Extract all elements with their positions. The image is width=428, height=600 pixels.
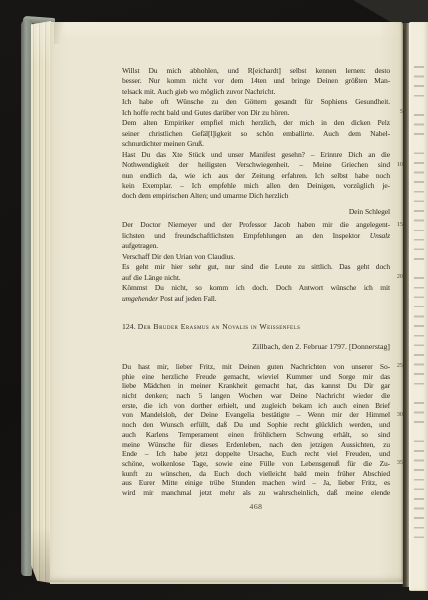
book-page: Willst Du mich abhohlen, und R[eichardt]… — [50, 22, 403, 584]
text-line: liebe Mädchen in meiner Krankheit gemach… — [122, 381, 390, 391]
text-line: von Mandelsloh, der Deine Evangelia best… — [122, 410, 390, 420]
text-line-content: meine Wünsche für dieses Erdenleben, nac… — [122, 440, 390, 449]
text-line: nicht denken; nach 5 langen Wochen war D… — [122, 391, 390, 401]
facing-page-showthrough-text — [414, 66, 424, 540]
text-line-content: Dein Schlegel — [349, 207, 390, 216]
text-line: schnurdichter meinen Gruß. — [122, 139, 390, 149]
text-line-content: Ende – Ich habe jetzt doppelte Ursache, … — [122, 449, 390, 458]
text-line-content: lichsten und freundschaftlichsten Empfeh… — [122, 231, 390, 240]
text-line: Ich hoffe recht bald und Gutes darüber v… — [122, 108, 390, 118]
text-line: Kömmst Du nicht, so komm ich doch. Doch … — [122, 283, 390, 293]
text-line-content: Dem alten Empiriker empfiel mich herzlic… — [122, 118, 390, 127]
text-line: Hast Du das Xte Stück und unser Manifest… — [122, 150, 390, 160]
text-line-content: seiner christlichen Gefäl[l]igkeit so sc… — [122, 129, 390, 138]
text-line-content: umgehender Post auf jeden Fall. — [122, 294, 217, 303]
text-line: aufgetragen. — [122, 241, 390, 251]
text-line-content: noch den Wunsch erfüllt, daß Du und Soph… — [122, 420, 390, 429]
page-fore-edge-stack — [31, 21, 51, 583]
text-line-content: Nothwendigkeit der heiligsten Verschwieg… — [122, 160, 390, 169]
text-line: Der Doctor Niemeyer und der Professor Ja… — [122, 220, 390, 230]
text-line: meine Wünsche für dieses Erdenleben, nac… — [122, 440, 390, 450]
text-line: Du hast mir, lieber Fritz, mit Deinen gu… — [122, 362, 390, 372]
page-number: 468 — [122, 502, 390, 511]
book-cover-edge — [21, 20, 32, 576]
text-line: Ich habe oft Wünsche zu den Göttern gesa… — [122, 97, 390, 107]
text-line: auch Karlens Temperament einen fröhliche… — [122, 430, 390, 440]
text-line-content: Es geht mir hier sehr gut, nur sind die … — [122, 262, 390, 271]
facing-page-edge — [409, 22, 428, 591]
text-line: Dem alten Empiriker empfiel mich herzlic… — [122, 118, 390, 128]
text-line: lichsten und freundschaftlichsten Empfeh… — [122, 231, 390, 241]
text-line-content: aufgetragen. — [122, 241, 158, 250]
text-line-content: Willst Du mich abhohlen, und R[eichardt]… — [122, 66, 390, 75]
text-line-content: Verschaff Dir den Urian von Claudius. — [122, 252, 235, 261]
text-line: wird mir manchmal jetzt mehr als zu wahr… — [122, 488, 390, 498]
text-line: phie eine herzliche Freude gemacht, wiev… — [122, 372, 390, 382]
text-line: Verschaff Dir den Urian von Claudius. — [122, 252, 390, 262]
text-line: umgehender Post auf jeden Fall. — [122, 294, 390, 304]
text-line: auf die Länge nicht.20 — [122, 273, 390, 283]
text-line-content: erste, die ich von dorther erhielt, und … — [122, 401, 390, 410]
book-photo: Willst Du mich abhohlen, und R[eichardt]… — [0, 0, 428, 600]
text-line-content: schöne, wolkenlose Tage, sowie eine Füll… — [122, 459, 390, 468]
text-line: Nothwendigkeit der heiligsten Verschwieg… — [122, 160, 390, 170]
text-line: noch den Wunsch erfüllt, daß Du und Soph… — [122, 420, 390, 430]
text-line-content: kein Exemplar. – Ich empfehle mich allen… — [122, 181, 390, 190]
text-line-content: Ich habe oft Wünsche zu den Göttern gesa… — [122, 97, 390, 106]
text-line-content: auch Karlens Temperament einen fröhliche… — [122, 430, 390, 439]
text-line: schöne, wolkenlose Tage, sowie eine Füll… — [122, 459, 390, 469]
text-line-content: telsack mit. Auch gieb wo möglich zuvor … — [122, 87, 275, 96]
text-line-content: schnurdichter meinen Gruß. — [122, 139, 204, 148]
text-line: kunft zu wünschen, da Euch doch vielleic… — [122, 469, 390, 479]
text-line-content: nicht denken; nach 5 langen Wochen war D… — [122, 391, 390, 400]
letter-123-schlegel-text: Willst Du mich abhohlen, und R[eichardt]… — [122, 66, 390, 304]
page-corner-curl — [54, 22, 66, 44]
text-line: doch dem empirischen Alten; und umarme D… — [122, 191, 390, 201]
text-line-content: Du hast mir, lieber Fritz, mit Deinen gu… — [122, 362, 390, 371]
text-line: Ende – Ich habe jetzt doppelte Ursache, … — [122, 449, 390, 459]
text-line-content: auf die Länge nicht. — [122, 273, 181, 282]
text-line-content: von Mandelsloh, der Deine Evangelia best… — [122, 410, 390, 419]
letter-number: 124. — [122, 322, 136, 331]
text-line-content: besser. Nur komm nicht vor dem 14ten und… — [122, 76, 390, 85]
text-line-content: kunft zu wünschen, da Euch doch vielleic… — [122, 469, 390, 478]
letter-124-erasmus-text: Du hast mir, lieber Fritz, mit Deinen gu… — [122, 362, 390, 498]
text-line-content: Kömmst Du nicht, so komm ich doch. Doch … — [122, 283, 390, 292]
text-line-content: aus Eurer Mitte einige trübe Stunden mac… — [122, 478, 390, 487]
text-line-content: Ich hoffe recht bald und Gutes darüber v… — [122, 108, 289, 117]
letter-124-heading: 124.Der Bruder Erasmus an Novalis in Wei… — [122, 322, 390, 332]
letter-124-dateline: Zillbach, den 2. Februar 1797. [Donnerst… — [122, 342, 390, 352]
text-line-content: doch dem empirischen Alten; und umarme D… — [122, 191, 288, 200]
text-line-content: phie eine herzliche Freude gemacht, wiev… — [122, 372, 390, 381]
letter-title: Der Bruder Erasmus an Novalis in Weissen… — [138, 322, 301, 331]
text-line: besser. Nur komm nicht vor dem 14ten und… — [122, 76, 390, 86]
text-line-content: wird mir manchmal jetzt mehr als zu wahr… — [122, 488, 390, 497]
text-line-content: liebe Mädchen in meiner Krankheit gemach… — [122, 381, 390, 390]
signature: Dein Schlegel — [122, 207, 390, 217]
text-line: aus Eurer Mitte einige trübe Stunden mac… — [122, 478, 390, 488]
page-text-block: Willst Du mich abhohlen, und R[eichardt]… — [122, 66, 390, 498]
text-line: Willst Du mich abhohlen, und R[eichardt]… — [122, 66, 390, 76]
text-line: erste, die ich von dorther erhielt, und … — [122, 401, 390, 411]
text-line: kein Exemplar. – Ich empfehle mich allen… — [122, 181, 390, 191]
text-line: nun endlich da, wie ich aus der Zeitung … — [122, 171, 390, 181]
text-line-content: nun endlich da, wie ich aus der Zeitung … — [122, 171, 390, 180]
text-line-content: Hast Du das Xte Stück und unser Manifest… — [122, 150, 390, 159]
text-line: Es geht mir hier sehr gut, nur sind die … — [122, 262, 390, 272]
text-line-content: Der Doctor Niemeyer und der Professor Ja… — [122, 220, 390, 229]
text-line: telsack mit. Auch gieb wo möglich zuvor … — [122, 87, 390, 97]
text-line: seiner christlichen Gefäl[l]igkeit so sc… — [122, 129, 390, 139]
